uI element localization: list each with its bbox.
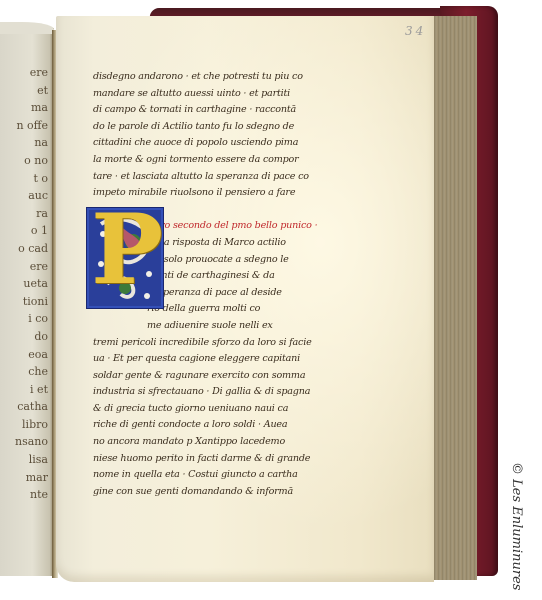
left-line: na	[0, 134, 48, 152]
text-line: industria si sfrectauano · Di gallia & d…	[93, 384, 333, 401]
left-line: ere	[0, 258, 48, 276]
text-line: niese huomo perito in facti darme & di g…	[93, 451, 333, 468]
text-line: consolo prouocate a sdegno le	[147, 252, 333, 269]
left-line: o cad	[0, 240, 48, 258]
text-line: no ancora mandato p Xantippo lacedemo	[93, 434, 333, 451]
left-line: n offe	[0, 117, 48, 135]
text-line: soldar gente & ragunare exercito con som…	[93, 368, 333, 385]
left-page-text: ere et ma n offe na o no t o auc ra o 1 …	[0, 64, 54, 504]
text-line: disdegno andarono · et che potresti tu p…	[93, 69, 333, 86]
text-line: tremi pericoli incredibile sforzo da lor…	[93, 335, 333, 352]
initial-letter: P	[91, 202, 163, 298]
left-line: ra	[0, 205, 48, 223]
text-line: gine con sue genti domandando & informā	[93, 484, 333, 501]
left-line: catha	[0, 398, 48, 416]
text-line: la morte & ogni tormento essere da compo…	[93, 152, 333, 169]
left-line: et	[0, 82, 48, 100]
left-page: ere et ma n offe na o no t o auc ra o 1 …	[0, 28, 54, 576]
left-line: nte	[0, 486, 48, 504]
left-line: ma	[0, 99, 48, 117]
illuminated-initial: P	[86, 207, 164, 309]
left-line: mar	[0, 469, 48, 487]
left-line: eoa	[0, 346, 48, 364]
left-line: che	[0, 363, 48, 381]
text-line: rio della guerra molti co	[147, 301, 333, 318]
left-line: i et	[0, 381, 48, 399]
text-line: riche di genti condocte a loro soldi · A…	[93, 417, 333, 434]
left-line: nsano	[0, 433, 48, 451]
text-line: tare · et lasciata altutto la speranza d…	[93, 169, 333, 186]
text-line: di campo & tornati in carthagine · racco…	[93, 102, 333, 119]
left-line: ueta	[0, 275, 48, 293]
text-line: la speranza di pace al deside	[147, 285, 333, 302]
left-line: o no	[0, 152, 48, 170]
manuscript-photo: ere et ma n offe na o no t o auc ra o 1 …	[0, 0, 542, 600]
text-line: cittadini che auoce di popolo usciendo p…	[93, 135, 333, 152]
text-line: ua · Et per questa cagione eleggere capi…	[93, 351, 333, 368]
text-line: menti de carthaginesi & da	[147, 268, 333, 285]
text-line: do le parole di Actilio tanto fu lo sdeg…	[93, 119, 333, 136]
left-line: t o	[0, 170, 48, 188]
text-line: Er la risposta di Marco actilio	[147, 235, 333, 252]
left-line: auc	[0, 187, 48, 205]
left-line: lisa	[0, 451, 48, 469]
text-line: me adiuenire suole nelli ex	[147, 318, 333, 335]
page-edges	[432, 16, 477, 580]
left-line: tioni	[0, 293, 48, 311]
folio-number: 34	[405, 24, 426, 38]
left-line: do	[0, 328, 48, 346]
left-line: i co	[0, 310, 48, 328]
credit-text: © Les Enluminures	[509, 462, 524, 590]
text-line: & di grecia tucto giorno ueniuano naui c…	[93, 401, 333, 418]
left-line: libro	[0, 416, 48, 434]
left-line: o 1	[0, 222, 48, 240]
text-line: mandare se altutto auessi uinto · et par…	[93, 86, 333, 103]
copyright-credit: © Les Enluminures	[506, 462, 530, 582]
left-line: ere	[0, 64, 48, 82]
text-line: nome in quella eta · Costui giuncto a ca…	[93, 467, 333, 484]
